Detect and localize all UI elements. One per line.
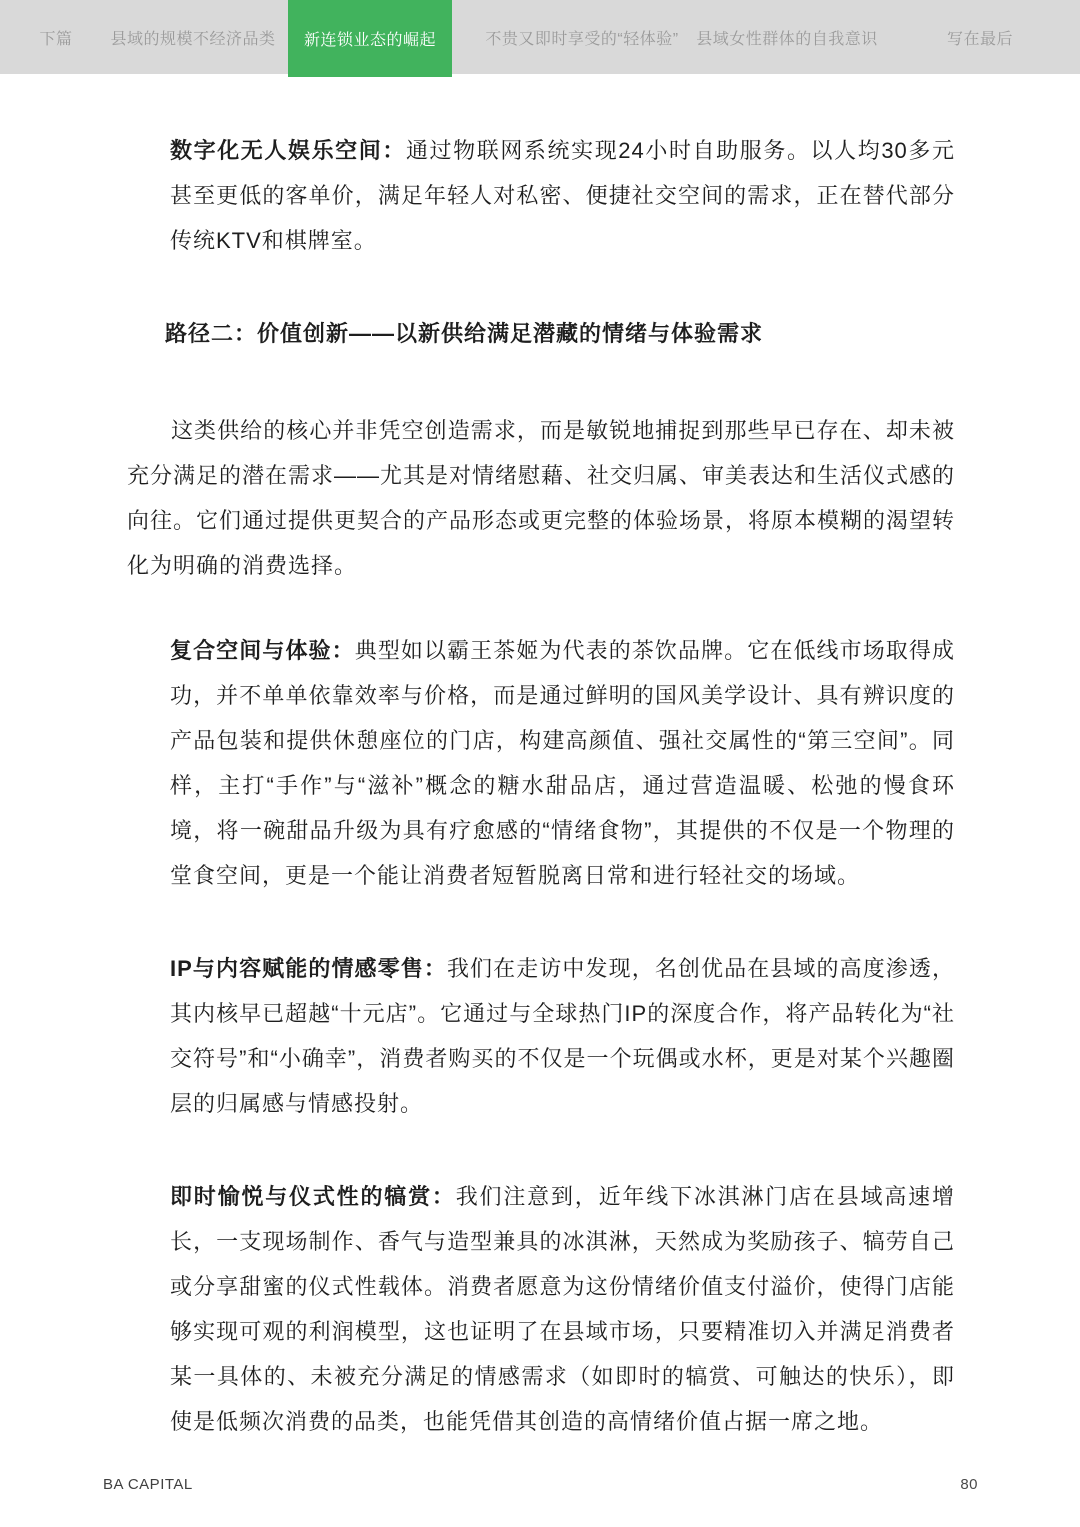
- paragraph-ip-emotional-retail: IP与内容赋能的情感零售：我们在走访中发现，名创优品在县域的高度渗透，其内核早已…: [170, 946, 955, 1126]
- paragraph-digital-unmanned-entertainment: 数字化无人娱乐空间：通过物联网系统实现24小时自助服务。以人均30多元甚至更低的…: [170, 128, 955, 263]
- paragraph-bold-label: 复合空间与体验：: [170, 638, 355, 663]
- paragraph-text: 典型如以霸王茶姬为代表的茶饮品牌。它在低线市场取得成功，并不单单依靠效率与价格，…: [170, 638, 955, 888]
- paragraph-bold-label: IP与内容赋能的情感零售：: [170, 956, 447, 981]
- footer-brand: BA CAPITAL: [103, 1476, 193, 1493]
- paragraph-text: 我们注意到，近年线下冰淇淋门店在县域高速增长，一支现场制作、香气与造型兼具的冰淇…: [170, 1184, 955, 1434]
- nav-tab-new-chain-rise-active[interactable]: 新连锁业态的崛起: [288, 0, 452, 77]
- paragraph-instant-pleasure-reward: 即时愉悦与仪式性的犒赏：我们注意到，近年线下冰淇淋门店在县域高速增长，一支现场制…: [170, 1174, 955, 1444]
- top-nav: 下篇 县域的规模不经济品类 新连锁业态的崛起 不贵又即时享受的“轻体验” 县域女…: [0, 0, 1080, 74]
- paragraph-bold-label: 数字化无人娱乐空间：: [170, 138, 406, 163]
- section-heading-path-two: 路径二：价值创新——以新供给满足潜藏的情绪与体验需求: [165, 311, 955, 356]
- footer-page-number: 80: [960, 1476, 978, 1493]
- nav-tab-epilogue-prev[interactable]: 下篇: [20, 0, 92, 74]
- paragraph-composite-space-experience: 复合空间与体验：典型如以霸王茶姬为代表的茶饮品牌。它在低线市场取得成功，并不单单…: [170, 628, 955, 898]
- nav-tab-county-diseconomy[interactable]: 县域的规模不经济品类: [100, 0, 286, 74]
- nav-tab-county-women[interactable]: 县域女性群体的自我意识: [692, 0, 882, 74]
- nav-tab-light-experience[interactable]: 不贵又即时享受的“轻体验”: [478, 0, 686, 74]
- nav-tab-final-words[interactable]: 写在最后: [915, 0, 1045, 74]
- paragraph-bold-label: 即时愉悦与仪式性的犒赏：: [170, 1184, 456, 1209]
- paragraph-intro: 这类供给的核心并非凭空创造需求，而是敏锐地捕捉到那些早已存在、却未被充分满足的潜…: [127, 408, 955, 588]
- document-body: 数字化无人娱乐空间：通过物联网系统实现24小时自助服务。以人均30多元甚至更低的…: [0, 74, 1080, 1444]
- page-footer: BA CAPITAL 80: [103, 1476, 978, 1493]
